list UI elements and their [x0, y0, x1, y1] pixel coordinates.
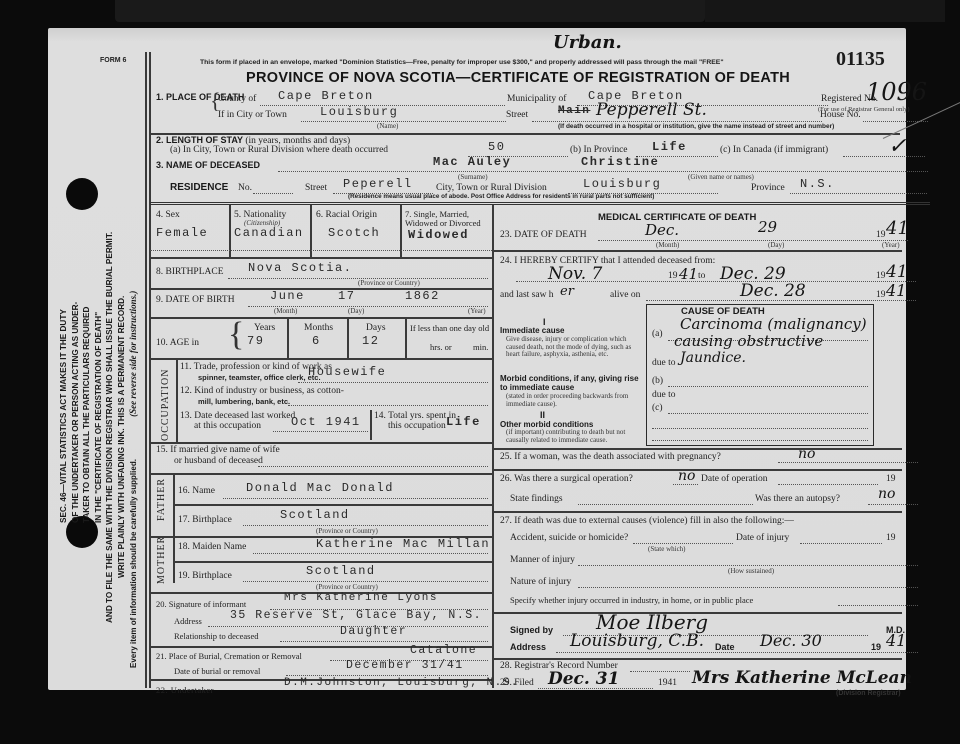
- informant-address: 35 Reserve St, Glace Bay, N.S.: [230, 609, 482, 622]
- certificate-title: PROVINCE OF NOVA SCOTIA—CERTIFICATE OF R…: [246, 70, 790, 86]
- cause-a-line2: causing obstructive: [674, 332, 823, 350]
- place-of-death-label: 1. PLACE OF DEATH: [156, 92, 206, 102]
- undertaker-value: D.M.Johnston, Louisburg, N.S.: [284, 677, 519, 689]
- residence-province-value: N.S.: [800, 177, 835, 191]
- dob-month: June: [270, 289, 305, 303]
- serial-number: 01135: [836, 48, 885, 71]
- age-days: 12: [362, 334, 379, 348]
- scanner-edge: [115, 0, 705, 22]
- occupation-value: Housewife: [308, 365, 386, 379]
- burial-date-value: December 31/41: [346, 659, 464, 672]
- dob-day: 17: [338, 289, 355, 303]
- last-worked-value: Oct 1941: [291, 415, 361, 429]
- residence-street-value: Peperell: [343, 177, 413, 191]
- nationality-value: Canadian: [234, 226, 304, 240]
- surname-value: Mac Auley: [433, 155, 511, 169]
- pregnancy-answer: no: [798, 446, 815, 462]
- father-name-value: Donald Mac Donald: [246, 481, 394, 495]
- filed-date: Dec. 31: [548, 669, 619, 689]
- registrar-signature: Mrs Katherine McLean: [692, 668, 912, 688]
- death-month: Dec.: [645, 221, 679, 239]
- mail-notice: This form if placed in an envelope, mark…: [200, 59, 724, 66]
- father-birthplace-value: Scotland: [280, 508, 350, 522]
- cause-a-due-to: Jaundice.: [680, 350, 746, 366]
- informant-signature: Mrs Katherine Lyons: [284, 592, 438, 604]
- registered-number: 1096: [866, 78, 927, 106]
- mother-birthplace-value: Scotland: [306, 564, 376, 578]
- physician-address: Louisburg, C.B.: [570, 631, 704, 651]
- age-years: 79: [247, 334, 264, 348]
- total-years-value: Life: [446, 415, 481, 429]
- city-value: Louisburg: [320, 105, 398, 119]
- urban-annotation: Urban.: [553, 32, 622, 53]
- operation-answer: no: [678, 468, 695, 484]
- racial-origin-value: Scotch: [328, 226, 380, 240]
- death-year: 41: [886, 218, 909, 239]
- last-saw-date: Dec. 28: [740, 281, 806, 301]
- residence-city-value: Louisburg: [583, 177, 661, 191]
- mother-side-label: MOTHER: [156, 536, 167, 584]
- stay-city-value: 50: [488, 140, 505, 154]
- margin-rule: [145, 52, 147, 688]
- column-divider: [492, 205, 494, 688]
- given-name-value: Christine: [581, 155, 659, 169]
- marital-status-value: Widowed: [408, 228, 469, 242]
- dob-year: 1862: [405, 289, 440, 303]
- occupation-side-label: OCCUPATION: [160, 369, 171, 441]
- autopsy-answer: no: [878, 486, 895, 502]
- form-number: FORM 6: [100, 57, 126, 64]
- age-months: 6: [312, 334, 321, 348]
- margin-notice: SEC. 46—VITAL STATISTICS ACT MAKES IT TH…: [58, 68, 139, 668]
- attended-from: Nov. 7: [548, 264, 602, 284]
- relationship-value: Daughter: [340, 625, 407, 638]
- death-day: 29: [758, 218, 777, 236]
- death-certificate: SEC. 46—VITAL STATISTICS ACT MAKES IT TH…: [48, 28, 906, 690]
- burial-place-value: Catalone: [410, 644, 477, 657]
- birthplace-value: Nova Scotia.: [248, 261, 352, 275]
- county-value: Cape Breton: [278, 89, 374, 103]
- scanner-edge: [705, 0, 945, 22]
- stay-province-value: Life: [652, 140, 687, 154]
- father-side-label: FATHER: [156, 478, 167, 521]
- death-street-value: Pepperell St.: [596, 100, 707, 120]
- physician-date: Dec. 30: [760, 631, 822, 650]
- checkmark-icon: ✓: [888, 134, 906, 159]
- mother-name-value: Katherine Mac Millan: [316, 537, 490, 551]
- sex-value: Female: [156, 226, 208, 240]
- cause-a-line1: Carcinoma (malignancy): [680, 315, 867, 333]
